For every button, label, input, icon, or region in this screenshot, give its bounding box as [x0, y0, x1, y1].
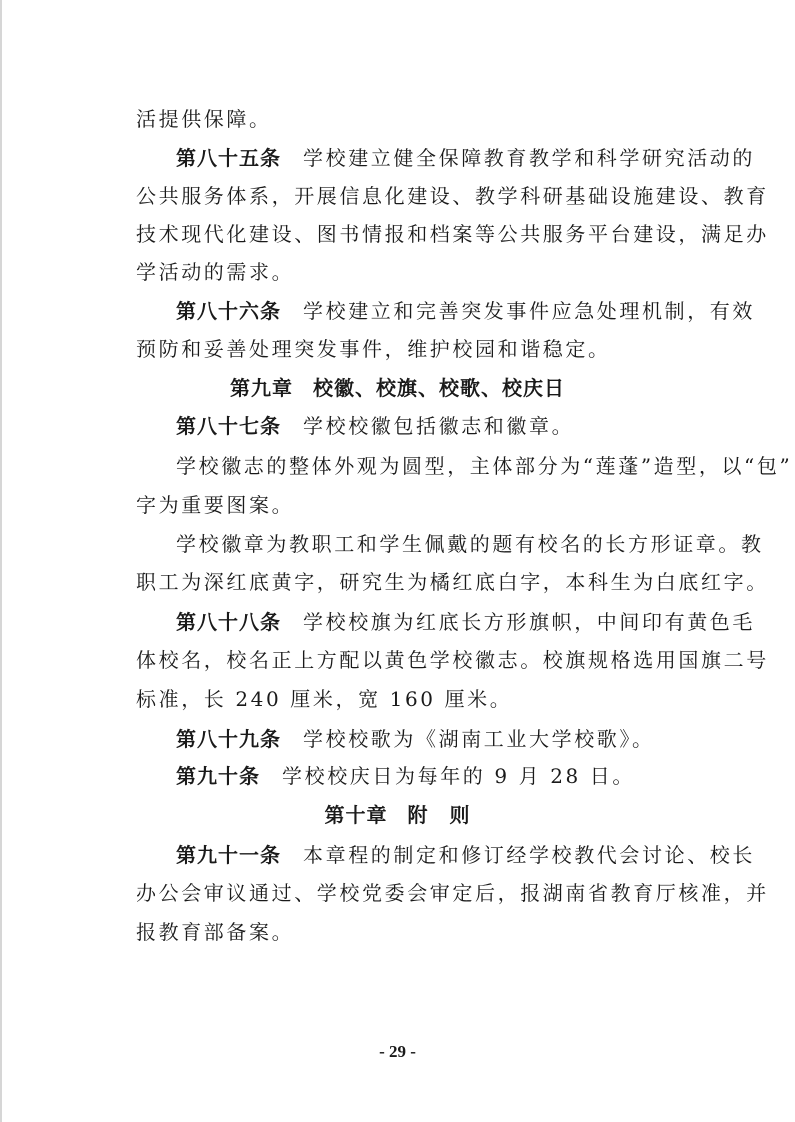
line-text: 标准，长 240 厘米，宽 160 厘米。 [136, 687, 512, 711]
chapter-number: 第九章 [230, 376, 293, 400]
line-text: 学校校徽包括徽志和徽章。 [303, 414, 574, 438]
line-text: 学校徽章为教职工和学生佩戴的题有校名的长方形证章。教 [176, 532, 764, 556]
line-text: 公共服务体系，开展信息化建设、教学科研基础设施建设、教育 [136, 184, 769, 208]
article-number: 第九十一条 [176, 843, 281, 867]
paragraph-line: 体校名，校名正上方配以黄色学校徽志。校旗规格选用国旗二号 [136, 641, 736, 679]
line-text: 学校校旗为红底长方形旗帜，中间印有黄色毛 [303, 610, 755, 634]
chapter-title: 附 则 [408, 803, 471, 827]
line-text: 学校建立健全保障教育教学和科学研究活动的 [303, 146, 755, 170]
article-89: 第八十九条学校校歌为《湖南工业大学校歌》。 [176, 720, 776, 758]
line-text: 活提供保障。 [136, 107, 272, 131]
line-text: 预防和妥善处理突发事件，维护校园和谐稳定。 [136, 337, 611, 361]
chapter-heading-10: 第十章附 则 [0, 796, 795, 834]
chapter-number: 第十章 [325, 803, 388, 827]
page-number: - 29 - [0, 1040, 795, 1064]
article-86: 第八十六条学校建立和完善突发事件应急处理机制，有效 [176, 292, 776, 330]
line-text: 学校徽志的整体外观为圆型，主体部分为“莲蓬”造型，以“包” [176, 454, 792, 478]
line-text: 学校校歌为《湖南工业大学校歌》。 [303, 727, 655, 751]
line-text: 学校校庆日为每年的 9 月 28 日。 [282, 764, 635, 788]
line-text: 报教育部备案。 [136, 920, 294, 944]
chapter-title: 校徽、校旗、校歌、校庆日 [313, 376, 565, 400]
article-number: 第八十七条 [176, 414, 281, 438]
line-text: 字为重要图案。 [136, 493, 294, 517]
article-88: 第八十八条学校校旗为红底长方形旗帜，中间印有黄色毛 [176, 603, 776, 641]
paragraph-line: 字为重要图案。 [136, 486, 736, 524]
paragraph-line: 技术现代化建设、图书情报和档案等公共服务平台建设，满足办 [136, 215, 736, 253]
paragraph-line: 公共服务体系，开展信息化建设、教学科研基础设施建设、教育 [136, 177, 736, 215]
article-number: 第八十五条 [176, 146, 281, 170]
paragraph-line: 学校徽章为教职工和学生佩戴的题有校名的长方形证章。教 [176, 525, 776, 563]
line-text: 办公会审议通过、学校党委会审定后，报湖南省教育厅核准，并 [136, 881, 769, 905]
paragraph-line: 学校徽志的整体外观为圆型，主体部分为“莲蓬”造型，以“包” [176, 447, 776, 485]
paragraph-line: 报教育部备案。 [136, 913, 736, 951]
paragraph-line: 学活动的需求。 [136, 253, 736, 291]
paragraph-line: 职工为深红底黄字，研究生为橘红底白字，本科生为白底红字。 [136, 563, 736, 601]
article-87: 第八十七条学校校徽包括徽志和徽章。 [176, 407, 776, 445]
article-85: 第八十五条学校建立健全保障教育教学和科学研究活动的 [176, 139, 776, 177]
line-text: 学活动的需求。 [136, 260, 294, 284]
chapter-heading-9: 第九章校徽、校旗、校歌、校庆日 [0, 369, 795, 407]
article-number: 第八十九条 [176, 727, 281, 751]
line-text: 技术现代化建设、图书情报和档案等公共服务平台建设，满足办 [136, 222, 769, 246]
paragraph-line: 活提供保障。 [136, 100, 736, 138]
line-text: 体校名，校名正上方配以黄色学校徽志。校旗规格选用国旗二号 [136, 648, 769, 672]
line-text: 学校建立和完善突发事件应急处理机制，有效 [303, 299, 755, 323]
paragraph-line: 办公会审议通过、学校党委会审定后，报湖南省教育厅核准，并 [136, 874, 736, 912]
article-number: 第八十六条 [176, 299, 281, 323]
line-text: 本章程的制定和修订经学校教代会讨论、校长 [303, 843, 755, 867]
article-90: 第九十条学校校庆日为每年的 9 月 28 日。 [176, 757, 776, 795]
paragraph-line: 预防和妥善处理突发事件，维护校园和谐稳定。 [136, 330, 736, 368]
article-number: 第八十八条 [176, 610, 281, 634]
line-text: 职工为深红底黄字，研究生为橘红底白字，本科生为白底红字。 [136, 570, 769, 594]
paragraph-line: 标准，长 240 厘米，宽 160 厘米。 [136, 680, 736, 718]
article-91: 第九十一条本章程的制定和修订经学校教代会讨论、校长 [176, 836, 776, 874]
article-number: 第九十条 [176, 764, 260, 788]
document-page: 活提供保障。 第八十五条学校建立健全保障教育教学和科学研究活动的 公共服务体系，… [0, 0, 795, 1122]
